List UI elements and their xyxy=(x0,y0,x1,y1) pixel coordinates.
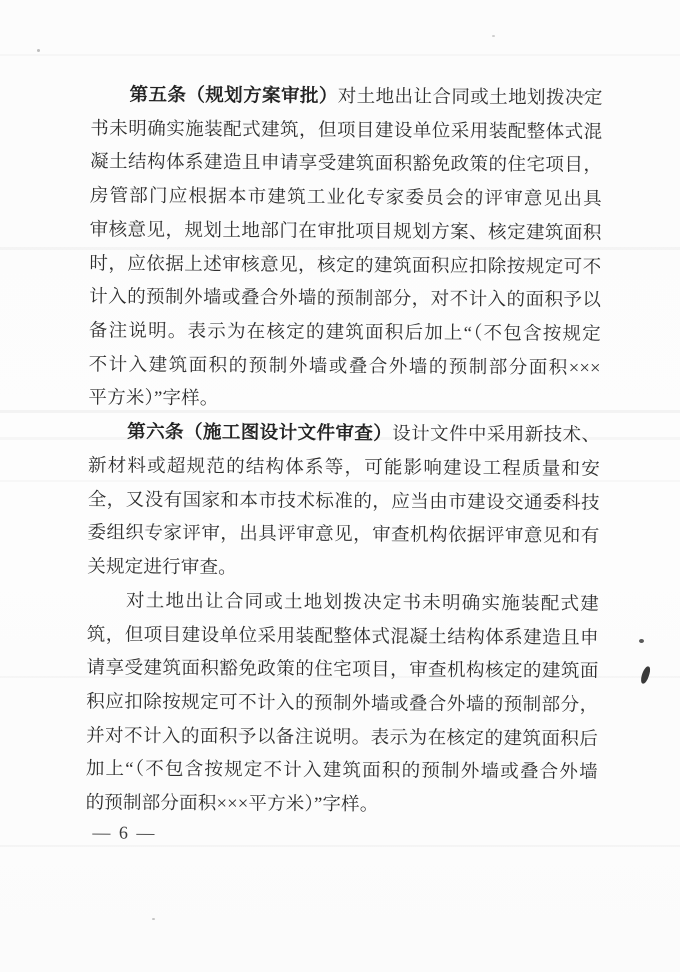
article-5-line-5: 审核意见，规划土地部门在审批项目规划方案、核定建筑面积 xyxy=(90,214,602,251)
article-6-line-1-text: 设计文件中采用新技术、 xyxy=(392,425,600,446)
paper-background: 第五条（规划方案审批）对土地出让合同或土地划拨决定 书未明确实施装配式建筑，但项… xyxy=(0,0,680,972)
scanned-document-page: { "page": { "colors": { "paper": "#fcfcf… xyxy=(0,0,680,972)
article-5-line-1-text: 对土地出让合同或土地划拨决定 xyxy=(338,87,603,109)
article-5-line-7: 计入的预制外墙或叠合外墙的预制部分，对不计入的面积予以 xyxy=(89,282,601,319)
article-6-heading: 第六条（施工图设计文件审查） xyxy=(127,423,392,445)
scan-speck xyxy=(37,49,40,52)
ink-comma-mark xyxy=(640,665,652,684)
article-5-line-10: 平方米）”字样。 xyxy=(88,383,600,420)
article-6-line-5: 关规定进行审查。 xyxy=(87,551,599,588)
article-6-line-1: 第六条（施工图设计文件审查）设计文件中采用新技术、 xyxy=(88,416,600,453)
article-5-line-6: 时，应依据上述审核意见，核定的建筑面积应扣除按规定可不 xyxy=(89,248,601,285)
article-6-p2-line-6: 加上“（不包含按规定不计入建筑面积的预制外墙或叠合外墙 xyxy=(86,754,598,791)
article-5-line-9: 不计入建筑面积的预制外墙或叠合外墙的预制部分面积××× xyxy=(89,349,601,386)
article-6-p2-line-2: 筑，但项目建设单位采用装配整体式混凝土结构体系建造且申 xyxy=(87,619,599,656)
article-5-line-1: 第五条（规划方案审批）对土地出让合同或土地划拨决定 xyxy=(90,79,602,116)
article-5-line-2: 书未明确实施装配式建筑，但项目建设单位采用装配整体式混 xyxy=(90,113,602,150)
document-text-block: 第五条（规划方案审批）对土地出让合同或土地划拨决定 书未明确实施装配式建筑，但项… xyxy=(85,79,602,850)
article-6-p2-line-4: 积应扣除按规定可不计入的预制外墙或叠合外墙的预制部分， xyxy=(86,686,598,723)
article-6-line-2: 新材料或超规范的结构体系等，可能影响建设工程质量和安 xyxy=(88,450,600,487)
ink-dot-mark xyxy=(639,639,644,643)
article-6-p2-line-7: 的预制部分面积×××平方米）”字样。 xyxy=(86,787,598,824)
article-5: 第五条（规划方案审批）对土地出让合同或土地划拨决定 书未明确实施装配式建筑，但项… xyxy=(88,79,602,420)
article-6-p2-line-3: 请享受建筑面积豁免政策的住宅项目，审查机构核定的建筑面 xyxy=(86,652,598,689)
article-6: 第六条（施工图设计文件审查）设计文件中采用新技术、 新材料或超规范的结构体系等，… xyxy=(87,416,600,588)
article-6-line-4: 委组织专家评审，出具评审意见，审查机构依据评审意见和有 xyxy=(87,518,599,555)
article-6-p2-line-5: 并对不计入的面积予以备注说明。表示为在核定的建筑面积后 xyxy=(86,720,598,757)
scan-speck xyxy=(492,35,495,37)
article-5-line-8: 备注说明。表示为在核定的建筑面积后加上“（不包含按规定 xyxy=(89,315,601,352)
article-6-p2-line-1: 对土地出让合同或土地划拨决定书未明确实施装配式建 xyxy=(87,585,599,622)
article-6-paragraph-2: 对土地出让合同或土地划拨决定书未明确实施装配式建 筑，但项目建设单位采用装配整体… xyxy=(86,585,600,825)
article-5-heading: 第五条（规划方案审批） xyxy=(130,85,338,106)
article-5-line-3: 凝土结构体系建造且申请享受建筑面积豁免政策的住宅项目， xyxy=(90,147,602,184)
scan-speck xyxy=(152,918,155,920)
article-5-line-4: 房管部门应根据本市建筑工业化专家委员会的评审意见出具 xyxy=(90,180,602,217)
article-6-line-3: 全，又没有国家和本市技术标准的，应当由市建设交通委科技 xyxy=(88,484,600,521)
scan-streak xyxy=(0,54,680,56)
